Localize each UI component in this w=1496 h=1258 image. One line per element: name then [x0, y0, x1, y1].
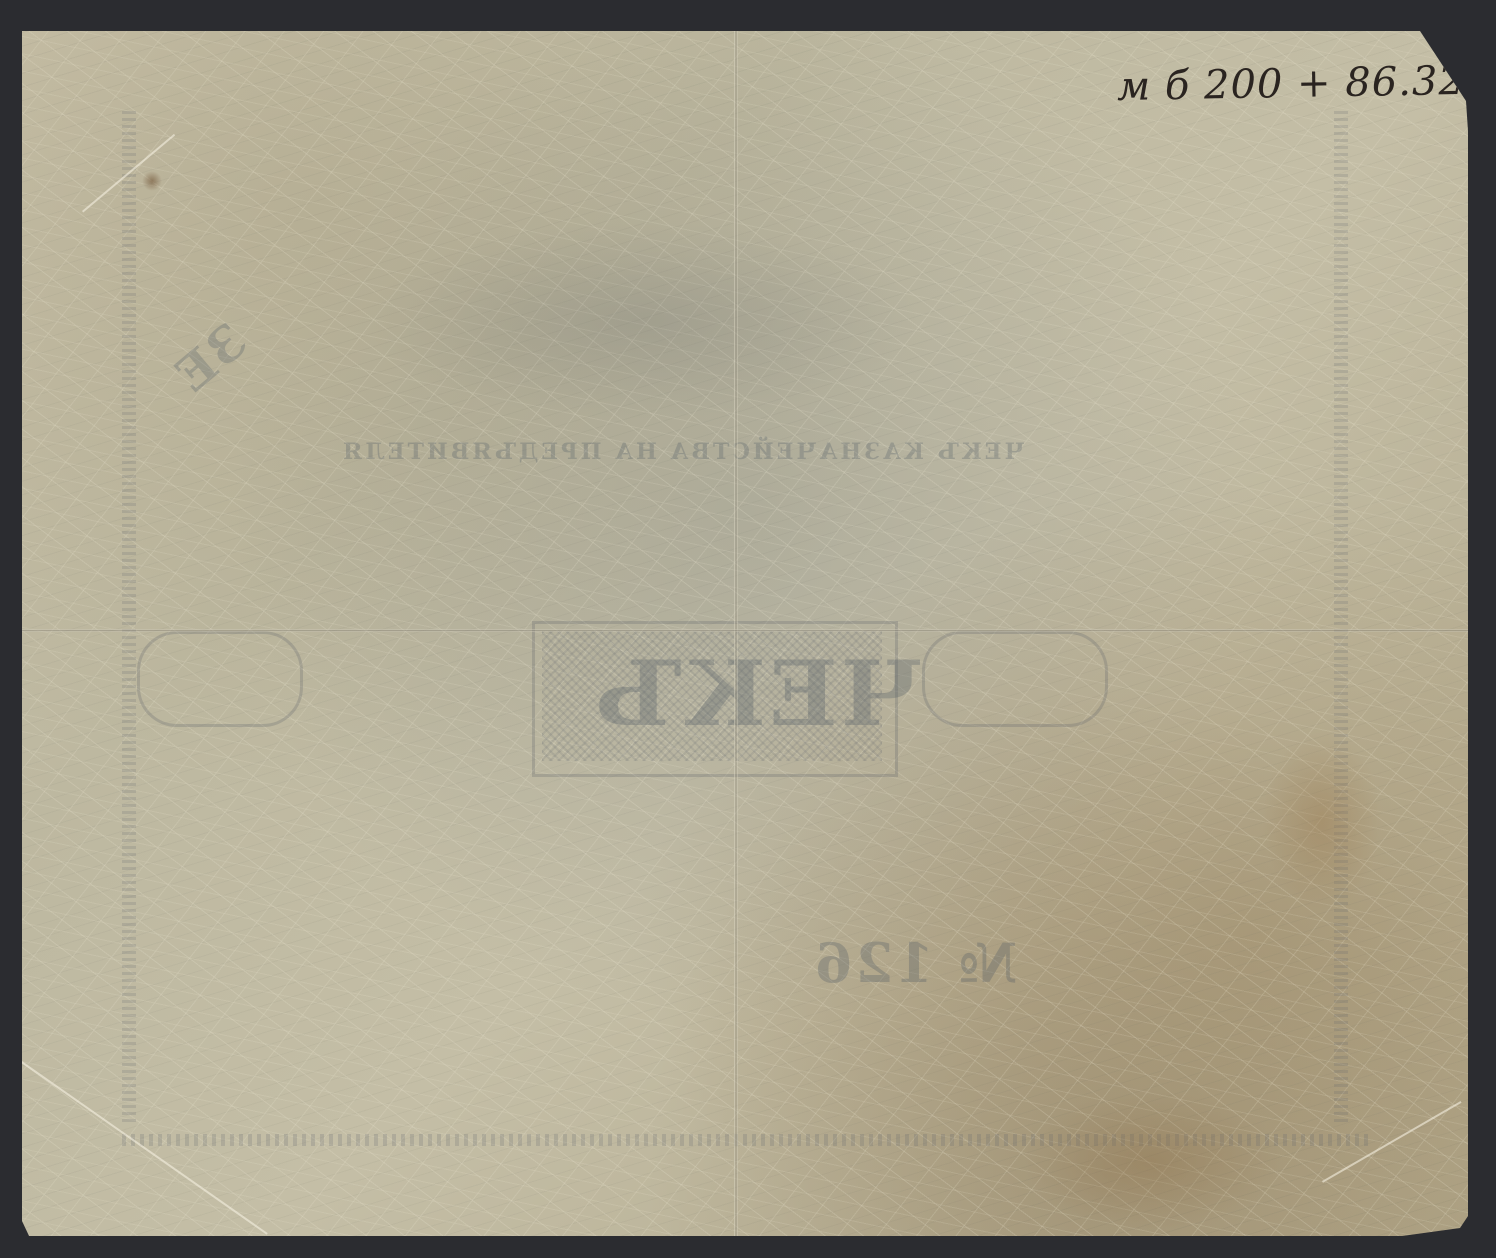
ghost-right-cartouche	[922, 631, 1108, 727]
ghost-serial: № 126	[812, 931, 1017, 995]
stain	[1262, 731, 1382, 911]
stain	[1022, 1091, 1282, 1231]
ghost-header-text: ЧЕКЪ КАЗНАЧЕЙСТВА НА ПРЕДЪЯВИТЕЛЯ	[340, 439, 1025, 465]
banknote-paper: ЧЕКЪ КАЗНАЧЕЙСТВА НА ПРЕДЪЯВИТЕЛЯ ЧЕКЪ №…	[22, 31, 1468, 1236]
ghost-denomination: ЧЕКЪ	[592, 641, 923, 747]
handwritten-note: м б 200 + 86.32	[1117, 58, 1466, 110]
horizontal-fold	[22, 629, 1468, 632]
vertical-fold	[734, 31, 738, 1236]
left-border-ornament	[122, 111, 136, 1126]
ghost-ornament	[362, 221, 922, 421]
stain	[142, 171, 162, 191]
ghost-left-cartouche	[137, 631, 303, 727]
right-border-ornament	[1334, 111, 1348, 1126]
